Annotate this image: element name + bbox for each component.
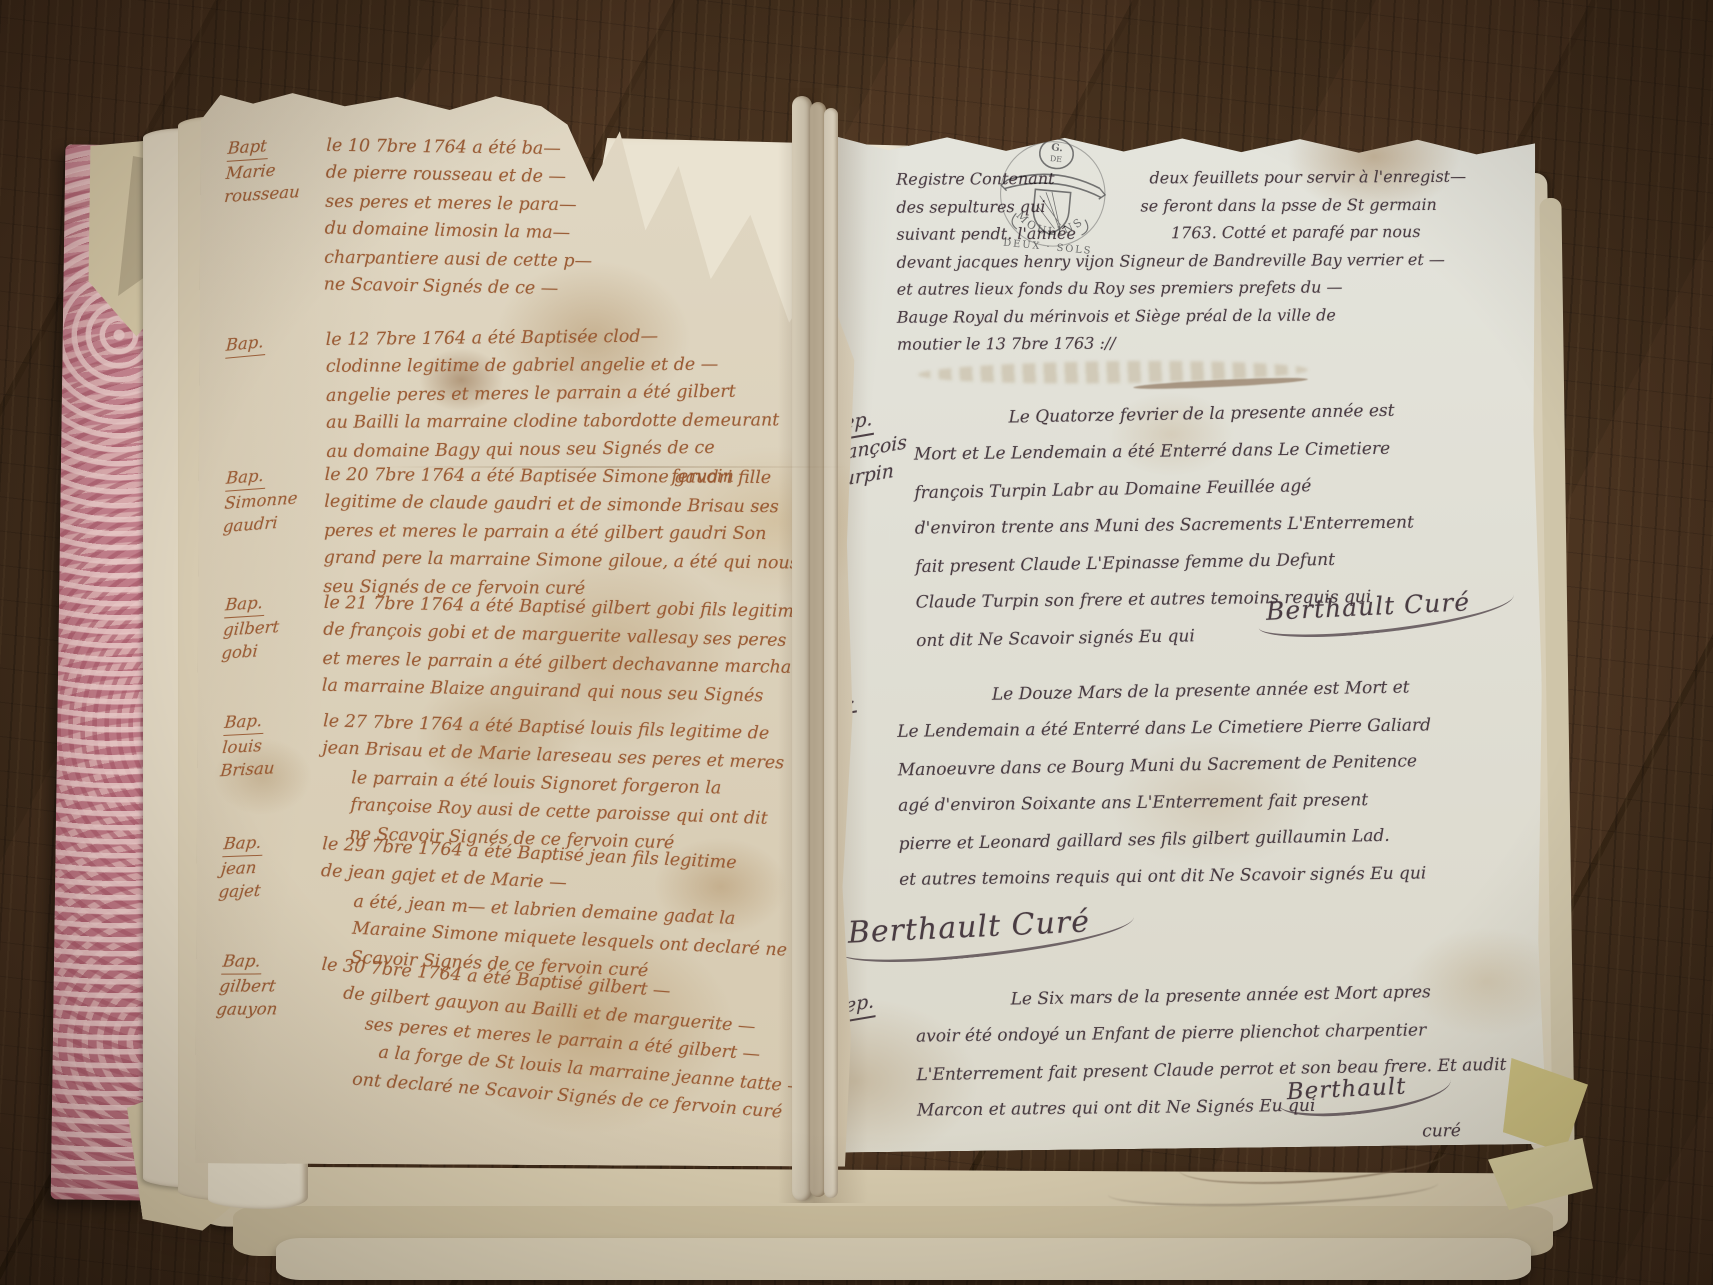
gutter-page-edge xyxy=(792,96,812,1201)
entry-margin-note: Bap.gilbertgobi xyxy=(221,587,326,665)
handwritten-line: le 20 7bre 1764 a été Baptisée Simone ga… xyxy=(325,461,795,492)
entry-text: Le Douze Mars de la presente année est M… xyxy=(897,670,1490,899)
entry-margin-note: BaptMarierousseau xyxy=(223,130,328,208)
entry-margin-note: Bap. xyxy=(225,324,326,358)
margin-word: Bap. xyxy=(221,949,264,974)
burial-entries: Sep.françoisTurpinLe Quatorze fevrier de… xyxy=(800,124,1547,1153)
margin-word: gajet xyxy=(218,877,320,904)
bottom-page-edge xyxy=(276,1238,1531,1280)
margin-word: Bap. xyxy=(223,709,265,736)
handwritten-line: legitime de claude gaudri et de simonde … xyxy=(324,488,794,522)
right-page-burial-acts: Registre Contenantdeux feuillets pour se… xyxy=(800,124,1547,1153)
margin-word: gilbert xyxy=(218,974,321,998)
burial-entry: Sep.pierregaillardLe Douze Mars de la pr… xyxy=(827,670,1490,900)
entry-text: le 21 7bre 1764 a été Baptisé gilbert go… xyxy=(322,588,795,711)
entry-margin-note: Bap.jeangajet xyxy=(218,828,325,903)
handwritten-line: grand pere la marraine Simone giloue, a … xyxy=(324,544,794,578)
entry-margin-note: Bap.louisBrisau xyxy=(219,705,325,782)
handwritten-line: le 12 7bre 1764 a été Baptisée clod— xyxy=(326,321,796,354)
entry-text: Le Six mars de la presente année est Mor… xyxy=(915,974,1507,1129)
photo-open-parish-register: 932 Registre Contenantdeux feuillets pou… xyxy=(0,0,1713,1285)
margin-word: Bap. xyxy=(225,464,266,492)
margin-word: gauyon xyxy=(215,997,318,1021)
cure-signature: Berthault xyxy=(1286,1074,1407,1106)
burial-entry: Sep.françoisTurpinLe Quatorze fevrier de… xyxy=(843,392,1506,659)
baptism-entry: Bap.le 12 7bre 1764 a été Baptisée clod—… xyxy=(200,322,800,325)
handwritten-line: au Bailli la marraine clodine tabordotte… xyxy=(326,406,796,436)
margin-word: Brisau xyxy=(219,754,321,783)
handwritten-line: peres et meres le parrain a été gilbert … xyxy=(324,517,794,548)
cure-signature: Berthault Curé xyxy=(847,904,1091,950)
baptism-entries: BaptMarierousseaule 10 7bre 1764 a été b… xyxy=(195,88,856,1166)
margin-word: gobi xyxy=(221,635,323,664)
handwritten-line: clodinne legitime de gabriel angelie et … xyxy=(326,350,796,380)
margin-word: Bap. xyxy=(222,831,264,858)
gutter-page-edge xyxy=(824,108,838,1198)
entry-text: le 20 7bre 1764 a été Baptisée Simone ga… xyxy=(323,460,795,606)
left-page-baptism-acts: BaptMarierousseaule 10 7bre 1764 a été b… xyxy=(195,88,856,1166)
entry-margin-note: Bap.Simonnegaudri xyxy=(222,459,326,538)
margin-word: Bapt xyxy=(227,134,270,162)
margin-word: Bap. xyxy=(224,591,266,619)
baptism-entry: BaptMarierousseaule 10 7bre 1764 a été b… xyxy=(201,128,801,140)
open-register-book: 932 Registre Contenantdeux feuillets pou… xyxy=(48,78,1593,1253)
handwritten-line: angelie peres et meres le parrain a été … xyxy=(326,377,796,410)
cure-signature-suffix: curé xyxy=(1422,1121,1461,1141)
burial-entry: Sep.Le Six mars de la presente année est… xyxy=(845,974,1507,1130)
entry-margin-note: Bap.gilbertgauyon xyxy=(215,949,325,1021)
margin-word: Bap. xyxy=(225,330,266,359)
